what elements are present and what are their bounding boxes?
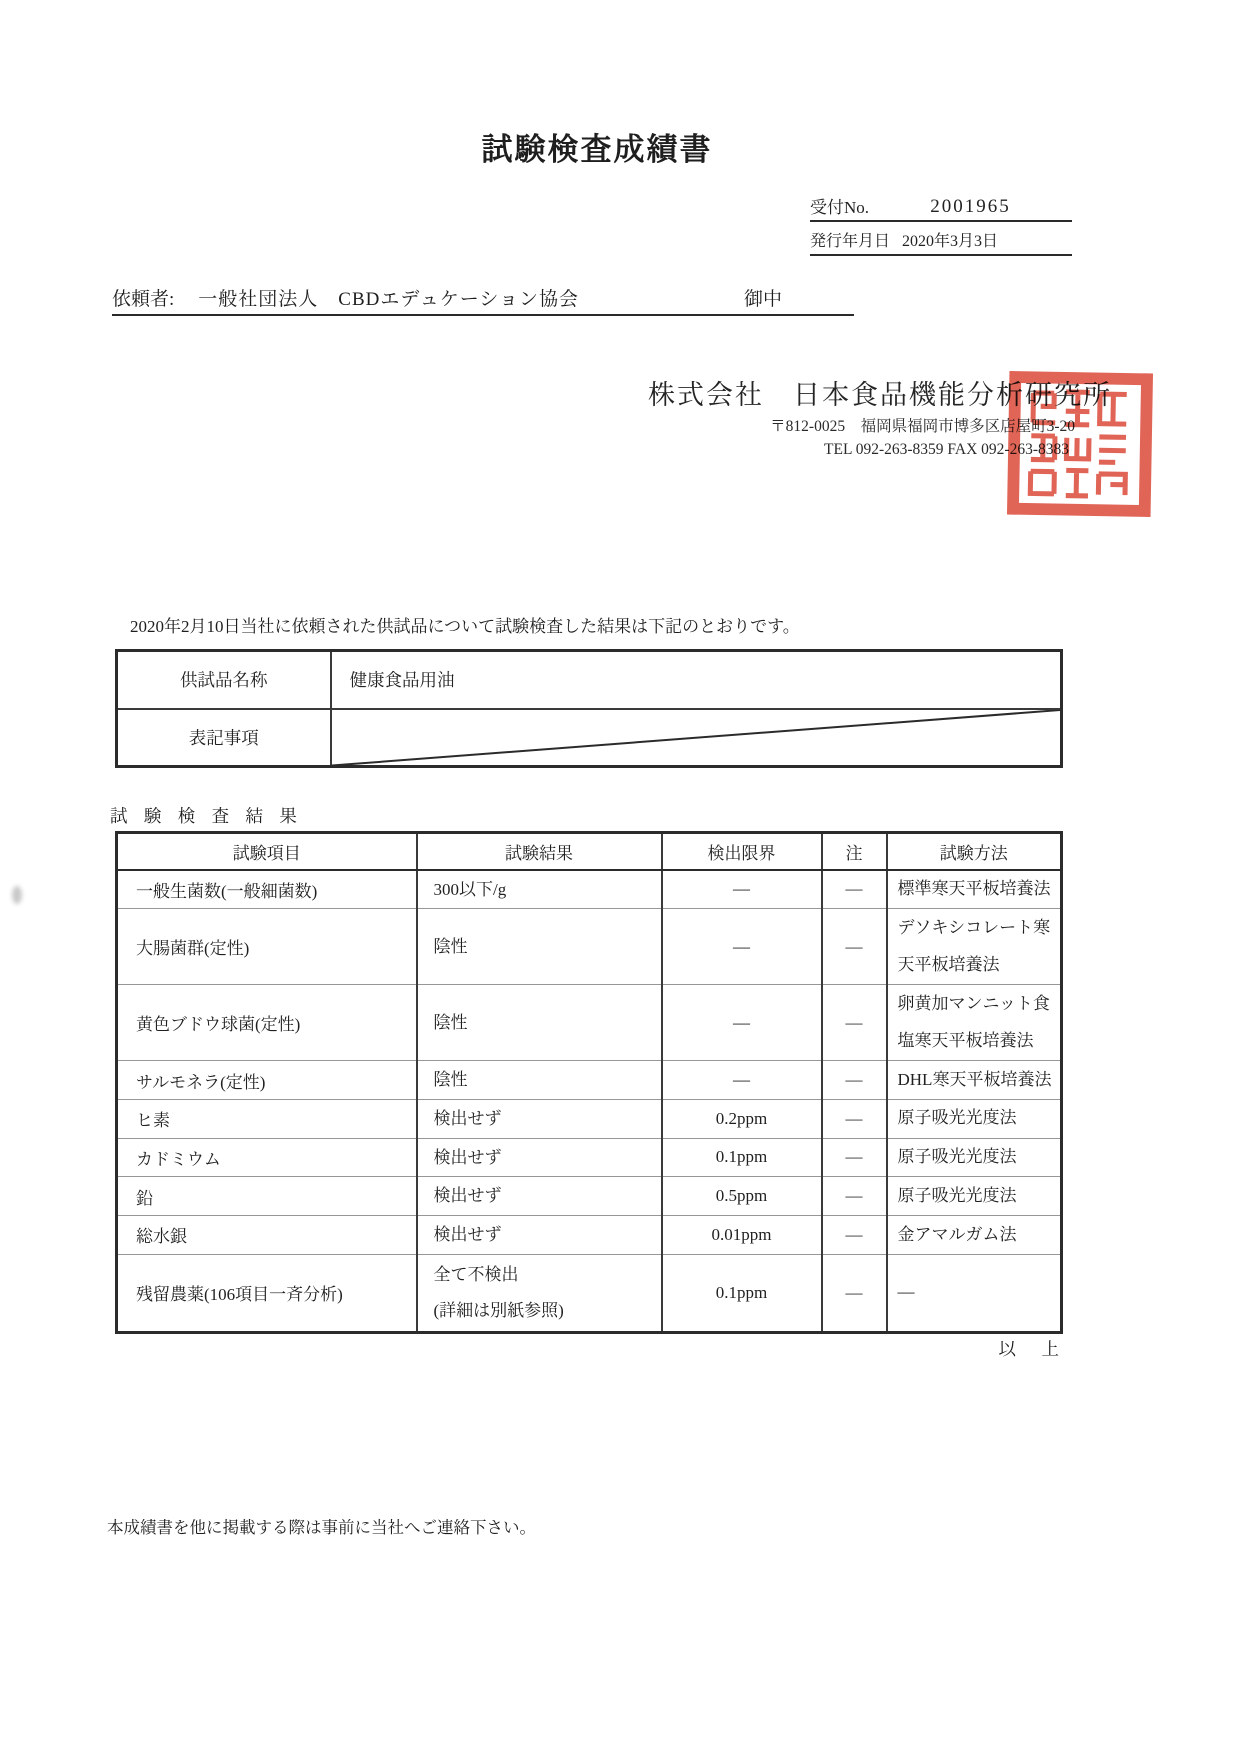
cell-method: 金アマルガム法	[887, 1215, 1062, 1254]
cell-item: 黄色ブドウ球菌(定性)	[117, 985, 417, 1061]
cell-limit: —	[662, 870, 822, 909]
result-row-coliform: 大腸菌群(定性) 陰性 — — デソキシコレート寒天平板培養法	[117, 909, 1062, 985]
header-detection-limit: 検出限界	[662, 833, 822, 870]
cell-method: DHL寒天平板培養法	[887, 1061, 1062, 1100]
receipt-number-label: 受付No.	[810, 193, 869, 220]
sample-name-label: 供試品名称	[117, 651, 331, 709]
sample-name-row: 供試品名称 健康食品用油	[117, 651, 1062, 709]
receipt-number-value: 2001965	[869, 196, 1072, 220]
cell-item: 総水銀	[117, 1215, 417, 1254]
labeling-value-empty	[331, 709, 1062, 767]
issue-date-row: 発行年月日 2020年3月3日	[810, 226, 1072, 256]
cell-note: —	[822, 870, 887, 909]
sample-info-table: 供試品名称 健康食品用油 表記事項	[115, 649, 1063, 768]
header-test-item: 試験項目	[117, 833, 417, 870]
cell-limit: 0.1ppm	[662, 1138, 822, 1177]
cell-note: —	[822, 1177, 887, 1216]
cell-result: 全て不検出 (詳細は別紙参照)	[417, 1254, 662, 1332]
cell-result: 検出せず	[417, 1215, 662, 1254]
results-header-row: 試験項目 試験結果 検出限界 注 試験方法	[117, 833, 1062, 870]
header-test-method: 試験方法	[887, 833, 1062, 870]
cell-result: 検出せず	[417, 1177, 662, 1216]
cell-result: 検出せず	[417, 1138, 662, 1177]
cell-method: 原子吸光光度法	[887, 1099, 1062, 1138]
result-row-mercury: 総水銀 検出せず 0.01ppm — 金アマルガム法	[117, 1215, 1062, 1254]
sample-name-value: 健康食品用油	[331, 651, 1062, 709]
cell-method: 標準寒天平板培養法	[887, 870, 1062, 909]
cell-result: 300以下/g	[417, 870, 662, 909]
cell-limit: —	[662, 909, 822, 985]
cell-limit: 0.5ppm	[662, 1177, 822, 1216]
client-name: 一般社団法人 CBDエデュケーション協会	[198, 284, 579, 314]
laboratory-phone-fax: TEL 092-263-8359 FAX 092-263-8383	[560, 442, 1069, 458]
intro-sentence: 2020年2月10日当社に依頼された供試品について試験検査した結果は下記のとおり…	[130, 612, 1090, 637]
result-row-cadmium: カドミウム 検出せず 0.1ppm — 原子吸光光度法	[117, 1138, 1062, 1177]
cell-note: —	[822, 909, 887, 985]
result-row-pesticides: 残留農薬(106項目一斉分析) 全て不検出 (詳細は別紙参照) 0.1ppm —…	[117, 1254, 1062, 1332]
cell-result: 陰性	[417, 1061, 662, 1100]
diagonal-strike-line	[332, 710, 1061, 766]
result-row-general-bacteria: 一般生菌数(一般細菌数) 300以下/g — — 標準寒天平板培養法	[117, 870, 1062, 909]
closing-mark: 以 上	[0, 1336, 1063, 1361]
cell-item: ヒ素	[117, 1099, 417, 1138]
cell-limit: 0.2ppm	[662, 1099, 822, 1138]
labeling-row: 表記事項	[117, 709, 1062, 767]
cell-method: 原子吸光光度法	[887, 1138, 1062, 1177]
laboratory-address: 〒812-0025 福岡県福岡市博多区店屋町3-20	[560, 419, 1075, 435]
test-results-table: 試験項目 試験結果 検出限界 注 試験方法 一般生菌数(一般細菌数) 300以下…	[115, 831, 1063, 1334]
cell-item: 残留農薬(106項目一斉分析)	[117, 1254, 417, 1332]
footer-notice: 本成績書を他に掲載する際は事前に当社へご連絡下さい。	[107, 1514, 536, 1538]
cell-limit: —	[662, 1061, 822, 1100]
certificate-page: 試験検査成績書 受付No. 2001965 発行年月日 2020年3月3日 依頼…	[0, 0, 1240, 1754]
cell-item: カドミウム	[117, 1138, 417, 1177]
cell-note: —	[822, 1215, 887, 1254]
results-section-title: 試 験 検 査 結 果	[110, 803, 303, 828]
header-test-result: 試験結果	[417, 833, 662, 870]
cell-limit: 0.01ppm	[662, 1215, 822, 1254]
cell-limit: —	[662, 985, 822, 1061]
header-note: 注	[822, 833, 887, 870]
cell-result: 陰性	[417, 909, 662, 985]
cell-method: 原子吸光光度法	[887, 1177, 1062, 1216]
cell-result: 検出せず	[417, 1099, 662, 1138]
cell-note: —	[822, 1099, 887, 1138]
client-honorific: 御中	[744, 284, 782, 314]
labeling-label: 表記事項	[117, 709, 331, 767]
cell-note: —	[822, 1061, 887, 1100]
cell-note: —	[822, 1138, 887, 1177]
receipt-number-row: 受付No. 2001965	[810, 190, 1072, 222]
cell-method: 卵黄加マンニット食塩寒天平板培養法	[887, 985, 1062, 1061]
page-title: 試験検査成績書	[0, 124, 1194, 169]
cell-item: 鉛	[117, 1177, 417, 1216]
issue-date-label: 発行年月日	[810, 228, 890, 254]
issue-date-value: 2020年3月3日	[902, 228, 998, 254]
cell-method: デソキシコレート寒天平板培養法	[887, 909, 1062, 985]
scan-artifact	[12, 886, 22, 904]
cell-method: —	[887, 1254, 1062, 1332]
company-seal-stamp-icon	[1005, 369, 1156, 520]
cell-result: 陰性	[417, 985, 662, 1061]
cell-item: 大腸菌群(定性)	[117, 909, 417, 985]
result-row-lead: 鉛 検出せず 0.5ppm — 原子吸光光度法	[117, 1177, 1062, 1216]
cell-limit: 0.1ppm	[662, 1254, 822, 1332]
cell-item: 一般生菌数(一般細菌数)	[117, 870, 417, 909]
cell-note: —	[822, 985, 887, 1061]
result-row-staphylococcus: 黄色ブドウ球菌(定性) 陰性 — — 卵黄加マンニット食塩寒天平板培養法	[117, 985, 1062, 1061]
cell-item: サルモネラ(定性)	[117, 1061, 417, 1100]
result-row-arsenic: ヒ素 検出せず 0.2ppm — 原子吸光光度法	[117, 1099, 1062, 1138]
client-row: 依頼者: 一般社団法人 CBDエデュケーション協会 御中	[112, 280, 854, 316]
client-label: 依頼者:	[112, 284, 174, 314]
result-row-salmonella: サルモネラ(定性) 陰性 — — DHL寒天平板培養法	[117, 1061, 1062, 1100]
cell-note: —	[822, 1254, 887, 1332]
